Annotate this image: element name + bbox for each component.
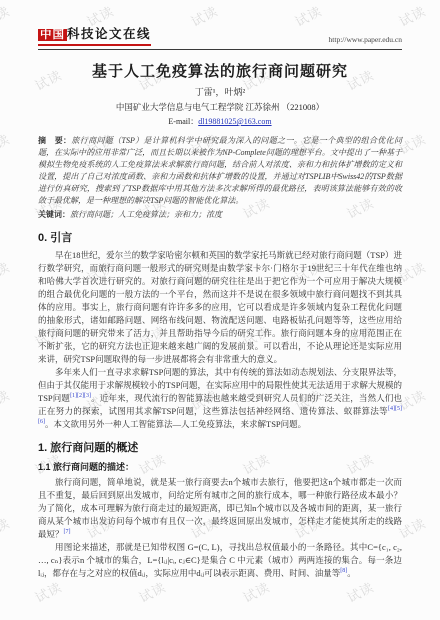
citation-ref[interactable]: [7] [64,529,71,535]
authors-line: 丁雷¹，叶炳² [38,85,402,98]
paragraph: 早在18世纪，爱尔兰的数学家哈密尔顿和英国的数学家托马斯就已经对旅行商问题（TS… [38,249,402,366]
section-heading: 1. 旅行商问题的概述 [38,439,402,455]
header-url: http://www.paper.edu.cn [329,35,402,46]
keywords-text: 旅行商问题；人工免疫算法；亲和力；浓度 [70,210,222,219]
paragraph-text: 。本文欲用另外一种人工智能算法—人工免疫算法，来求解TSP问题。 [45,419,306,429]
site-logo: 中国科技论文在线 [38,24,151,46]
logo-text: 科技论文在线 [67,27,151,41]
paper-title: 基于人工免疫算法的旅行商问题研究 [38,60,402,81]
citation-ref[interactable]: [1][2][3] [70,393,91,399]
section-heading: 0. 引言 [38,229,402,245]
paper-page: 中国科技论文在线 http://www.paper.edu.cn 基于人工免疫算… [0,0,440,620]
abstract-block: 摘 要：旅行商问题（TSP）是计算机科学中研究最为深入的问题之一。它是一个典型的… [38,135,402,207]
abstract-text: 旅行商问题（TSP）是计算机科学中研究最为深入的问题之一。它是一个典型的组合优化… [38,136,402,205]
paragraph-text: 。近年来，现代流行的智能算法也越来越受到研究人员们的广泛关注，当然人们也正在努力… [38,393,402,416]
page-number: -1- [0,568,440,577]
email-line: E-mail：dl19881025@163.com [38,116,402,127]
paragraph-text: 早在18世纪，爱尔兰的数学家哈密尔顿和英国的数学家托马斯就已经对旅行商问题（TS… [38,250,402,364]
email-label: E-mail： [168,117,198,126]
paragraph: 旅行商问题，简单地说，就是某一旅行商要去n个城市去旅行，他要把这n个城市都走一次… [38,476,402,541]
page-header: 中国科技论文在线 http://www.paper.edu.cn [38,24,402,50]
section-heading: 1.1 旅行商问题的描述： [38,460,402,473]
email-link[interactable]: dl19881025@163.com [198,117,271,126]
article-sections: 0. 引言早在18世纪，爱尔兰的数学家哈密尔顿和英国的数学家托马斯就已经对旅行商… [38,229,402,580]
paragraph-text: 旅行商问题，简单地说，就是某一旅行商要去n个城市去旅行，他要把这n个城市都走一次… [38,477,402,539]
affiliation-line: 中国矿业大学信息与电气工程学院 江苏徐州 （221008） [38,101,402,113]
keywords-block: 关键词：旅行商问题；人工免疫算法；亲和力；浓度 [38,209,402,221]
logo-badge: 中国 [38,29,67,41]
keywords-label: 关键词： [38,210,70,219]
abstract-label: 摘 要： [38,136,71,145]
paragraph: 多年来人们一直寻求求解TSP问题的算法，其中有传统的算法如动态规划法、分支限界法… [38,366,402,431]
